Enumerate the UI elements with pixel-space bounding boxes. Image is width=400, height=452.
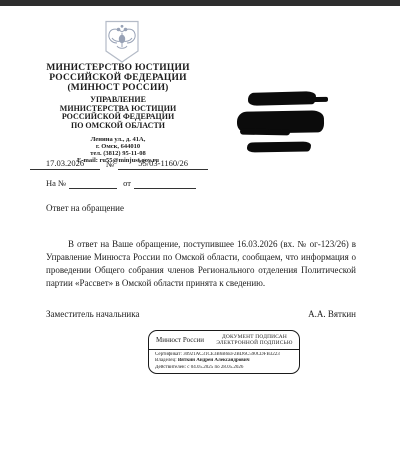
- subject-line: Ответ на обращение: [46, 203, 124, 213]
- outgoing-number: 55/03-1160/26: [118, 158, 208, 170]
- address-line: г. Омск, 644010: [26, 143, 210, 150]
- certificate-value: 30921AC31CE3B6B6EF2BD6C590CDFB3223: [183, 352, 280, 357]
- address-line: Ленина ул., д. 41А,: [26, 136, 210, 143]
- signature-row: Заместитель начальника А.А. Вяткин: [46, 309, 356, 319]
- valid-value: с 04.05.2025 по 28.05.2026: [187, 365, 243, 370]
- outgoing-date-number-line: 17.03.2026 № 55/03-1160/26: [30, 158, 208, 170]
- valid-label: Действителен:: [155, 365, 186, 370]
- redaction-stroke: [306, 97, 328, 102]
- reference-ot-label: от: [117, 178, 134, 189]
- phone-line: тел. (3812) 95-11-08: [26, 150, 210, 157]
- number-sign: №: [100, 159, 118, 170]
- electronic-signature-stamp: Минюст России ДОКУМЕНТ ПОДПИСАН ЭЛЕКТРОН…: [148, 330, 300, 374]
- department-name-line: УПРАВЛЕНИЕ: [26, 96, 210, 104]
- ministry-name-line: (МИНЮСТ РОССИИ): [26, 83, 210, 93]
- stamp-title-line2: ЭЛЕКТРОННОЙ ПОДПИСЬЮ: [214, 340, 295, 346]
- owner-value: Вяткин Андрей Александрович: [178, 358, 250, 363]
- outgoing-date: 17.03.2026: [30, 158, 100, 170]
- signer-name: А.А. Вяткин: [308, 309, 356, 319]
- stamp-title: ДОКУМЕНТ ПОДПИСАН ЭЛЕКТРОННОЙ ПОДПИСЬЮ: [214, 334, 299, 346]
- document-page: МИНИСТЕРСТВО ЮСТИЦИИ РОССИЙСКОЙ ФЕДЕРАЦИ…: [0, 0, 400, 452]
- reference-na-label: На №: [46, 178, 69, 189]
- reference-number-blank: [69, 179, 117, 189]
- stamp-org-name: Минюст России: [149, 336, 214, 344]
- stamp-validity-line: Действителен: с 04.05.2025 по 28.05.2026: [155, 365, 293, 371]
- ministry-name-line: МИНИСТЕРСТВО ЮСТИЦИИ: [26, 63, 210, 73]
- redaction-stroke: [247, 141, 311, 152]
- ministry-name-line: РОССИЙСКОЙ ФЕДЕРАЦИИ: [26, 73, 210, 83]
- stamp-header: Минюст России ДОКУМЕНТ ПОДПИСАН ЭЛЕКТРОН…: [149, 331, 299, 350]
- certificate-label: Сертификат:: [155, 352, 182, 357]
- owner-label: Владелец:: [155, 358, 177, 363]
- signer-position: Заместитель начальника: [46, 309, 139, 319]
- letterhead: МИНИСТЕРСТВО ЮСТИЦИИ РОССИЙСКОЙ ФЕДЕРАЦИ…: [26, 63, 210, 164]
- body-paragraph: В ответ на Ваше обращение, поступившее 1…: [46, 238, 356, 290]
- department-name-line: РОССИЙСКОЙ ФЕДЕРАЦИИ: [26, 113, 210, 121]
- coat-of-arms-icon: [100, 20, 144, 64]
- department-name-line: ПО ОМСКОЙ ОБЛАСТИ: [26, 122, 210, 130]
- reference-line: На № от: [46, 178, 246, 189]
- window-top-bar: [0, 0, 400, 6]
- reference-date-blank: [134, 179, 196, 189]
- redaction-stroke: [240, 129, 290, 136]
- stamp-details: Сертификат: 30921AC31CE3B6B6EF2BD6C590CD…: [149, 350, 299, 371]
